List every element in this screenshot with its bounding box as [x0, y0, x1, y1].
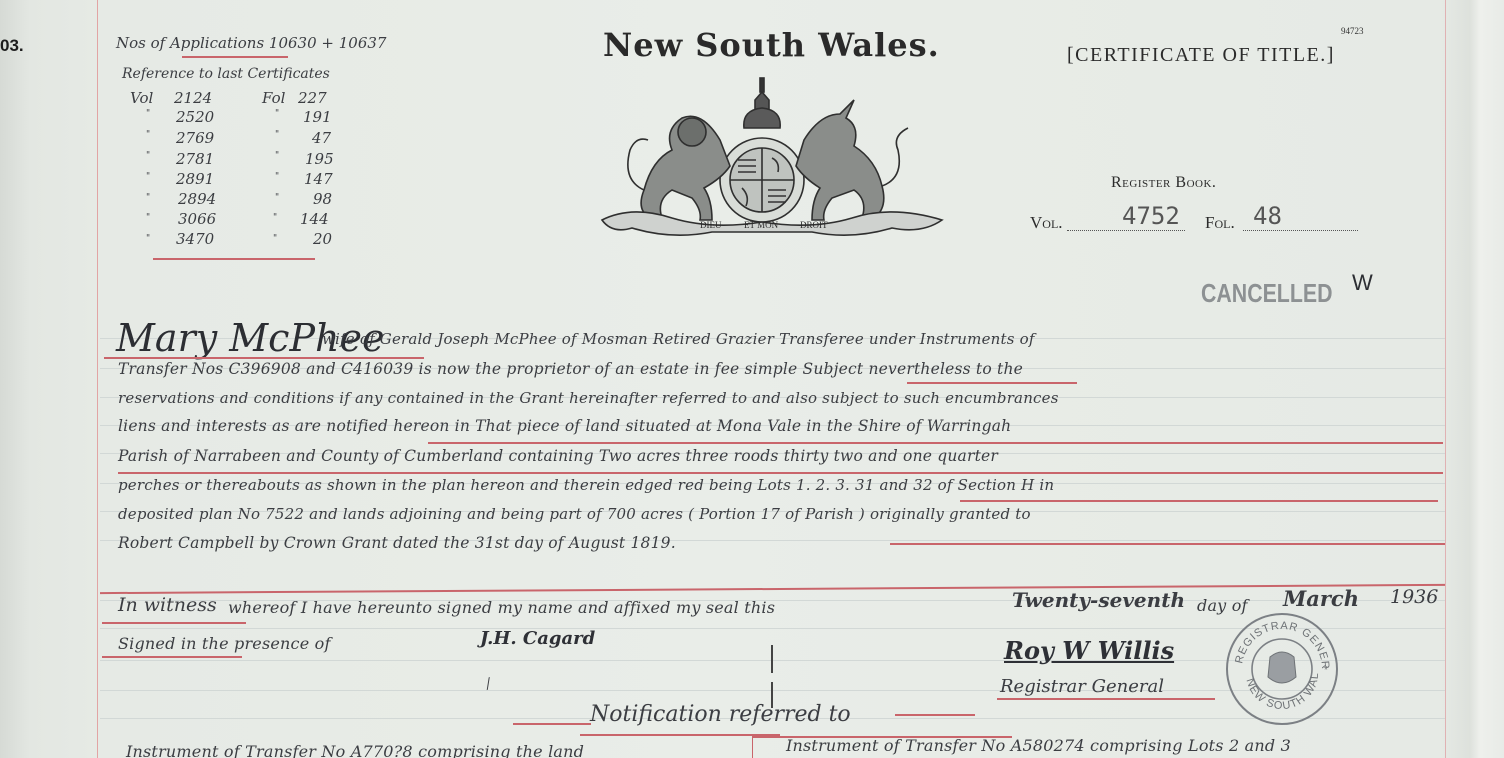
- underline: [102, 656, 242, 658]
- underline: [153, 258, 315, 260]
- ditto-mark: ": [146, 234, 150, 244]
- vol-value: 3066: [178, 210, 216, 228]
- underline: [513, 723, 591, 725]
- fol-value: 227: [298, 89, 327, 107]
- underline: [580, 734, 780, 736]
- vol-value: 3470: [176, 230, 214, 248]
- vol-label: Vol: [130, 89, 153, 107]
- fol-value: 48: [1253, 202, 1282, 230]
- reference-heading: Reference to last Certificates: [122, 66, 330, 82]
- body-line-4: liens and interests as are notified here…: [118, 417, 1011, 435]
- body-line-2: Transfer Nos C396908 and C416039 is now …: [118, 360, 1023, 378]
- vol-value: 4752: [1122, 202, 1180, 230]
- ditto-mark: ": [146, 130, 150, 140]
- registrar-general-seal-icon: REGISTRAR GENERAL NEW SOUTH WALES *: [1224, 611, 1340, 727]
- underline: [102, 622, 246, 624]
- body-line-7: deposited plan No 7522 and lands adjoini…: [118, 505, 1031, 523]
- underline: [907, 382, 1077, 384]
- vol-label: Vol.: [1030, 213, 1063, 233]
- notification-heading: Notification referred to: [590, 702, 851, 727]
- fol-value: 195: [305, 150, 334, 168]
- motto-dieu: DIEU: [700, 220, 722, 230]
- fol-value: 47: [312, 129, 331, 147]
- left-margin-rule: [97, 0, 98, 758]
- vol-value: 2891: [176, 170, 214, 188]
- fol-value: 191: [303, 108, 332, 126]
- page-number-fragment: 03.: [0, 36, 24, 56]
- certificate-title: [CERTIFICATE OF TITLE.]: [1067, 44, 1335, 67]
- body-line-1: wife of Gerald Joseph McPhee of Mosman R…: [322, 330, 1035, 348]
- fol-value: 147: [304, 170, 333, 188]
- fol-dotted-line: [1243, 230, 1358, 231]
- ditto-mark: ": [273, 213, 277, 223]
- fol-label: Fol.: [1205, 213, 1235, 233]
- certificate-of-title-page: 03. Nos of Applications 10630 + 10637 Re…: [0, 0, 1504, 758]
- year: 1936: [1390, 586, 1438, 608]
- vol-value: 2520: [176, 108, 214, 126]
- underline: [960, 500, 1438, 502]
- witness-line: whereof I have hereunto signed my name a…: [228, 598, 775, 617]
- witness-signature: J.H. Cagard: [480, 628, 595, 649]
- register-book-label: Register Book.: [1111, 174, 1216, 192]
- body-line-6: perches or thereabouts as shown in the p…: [118, 476, 1054, 494]
- ditto-mark: ": [275, 109, 279, 119]
- day-text: Twenty-seventh: [1012, 588, 1185, 612]
- vol-value: 2124: [174, 89, 212, 107]
- right-margin-rule: [1445, 0, 1446, 758]
- fol-label: Fol: [262, 89, 285, 107]
- underline: [997, 698, 1215, 700]
- body-line-3: reservations and conditions if any conta…: [118, 389, 1059, 407]
- body-line-8: Robert Campbell by Crown Grant dated the…: [118, 534, 676, 552]
- state-title: New South Wales.: [603, 26, 940, 64]
- motto-et-mon: ET MON: [744, 220, 779, 230]
- form-serial: 94723: [1341, 26, 1364, 36]
- ditto-mark: ": [273, 234, 277, 244]
- notification-left-entry: Instrument of Transfer No A770?8 compris…: [126, 742, 584, 758]
- ditto-mark: ": [146, 151, 150, 161]
- vol-value: 2894: [178, 190, 216, 208]
- registrar-signature: Roy W Willis: [1004, 636, 1174, 665]
- ditto-mark: ": [275, 151, 279, 161]
- underline: [104, 357, 424, 359]
- section-divider: [100, 584, 1445, 594]
- notification-right-entry: Instrument of Transfer No A580274 compri…: [786, 736, 1291, 755]
- ditto-mark: ": [146, 193, 150, 203]
- ditto-mark: ": [275, 172, 279, 182]
- motto-droit: DROIT: [800, 220, 828, 230]
- underline: [895, 714, 975, 716]
- vertical-mark: [771, 645, 773, 673]
- applications-line: Nos of Applications 10630 + 10637: [116, 34, 386, 52]
- underline: [118, 472, 1443, 474]
- signed-in-presence: Signed in the presence of: [118, 634, 331, 653]
- body-line-5: Parish of Narrabeen and County of Cumber…: [118, 447, 998, 465]
- fol-value: 98: [313, 190, 332, 208]
- underline: [428, 442, 1443, 444]
- vol-dotted-line: [1067, 230, 1185, 231]
- ditto-mark: ": [146, 172, 150, 182]
- cancelled-stamp: CANCELLED: [1201, 278, 1332, 309]
- ditto-mark: ": [275, 130, 279, 140]
- closing-rule: [890, 543, 1445, 545]
- registrar-title: Registrar General: [1000, 676, 1164, 697]
- ditto-mark: ": [146, 109, 150, 119]
- vol-value: 2781: [176, 150, 214, 168]
- royal-coat-of-arms-icon: DIEU ET MON DROIT: [592, 70, 952, 240]
- fol-value: 144: [300, 210, 329, 228]
- ditto-mark: ": [275, 193, 279, 203]
- ditto-mark: ": [146, 213, 150, 223]
- vol-value: 2769: [176, 129, 214, 147]
- notification-column-divider: [752, 736, 753, 758]
- underline: [182, 56, 288, 58]
- in-witness: In witness: [118, 594, 217, 616]
- cancelled-initial: W: [1352, 270, 1373, 296]
- fol-value: 20: [313, 230, 332, 248]
- svg-text:*: *: [1324, 665, 1328, 676]
- month: March: [1283, 586, 1359, 611]
